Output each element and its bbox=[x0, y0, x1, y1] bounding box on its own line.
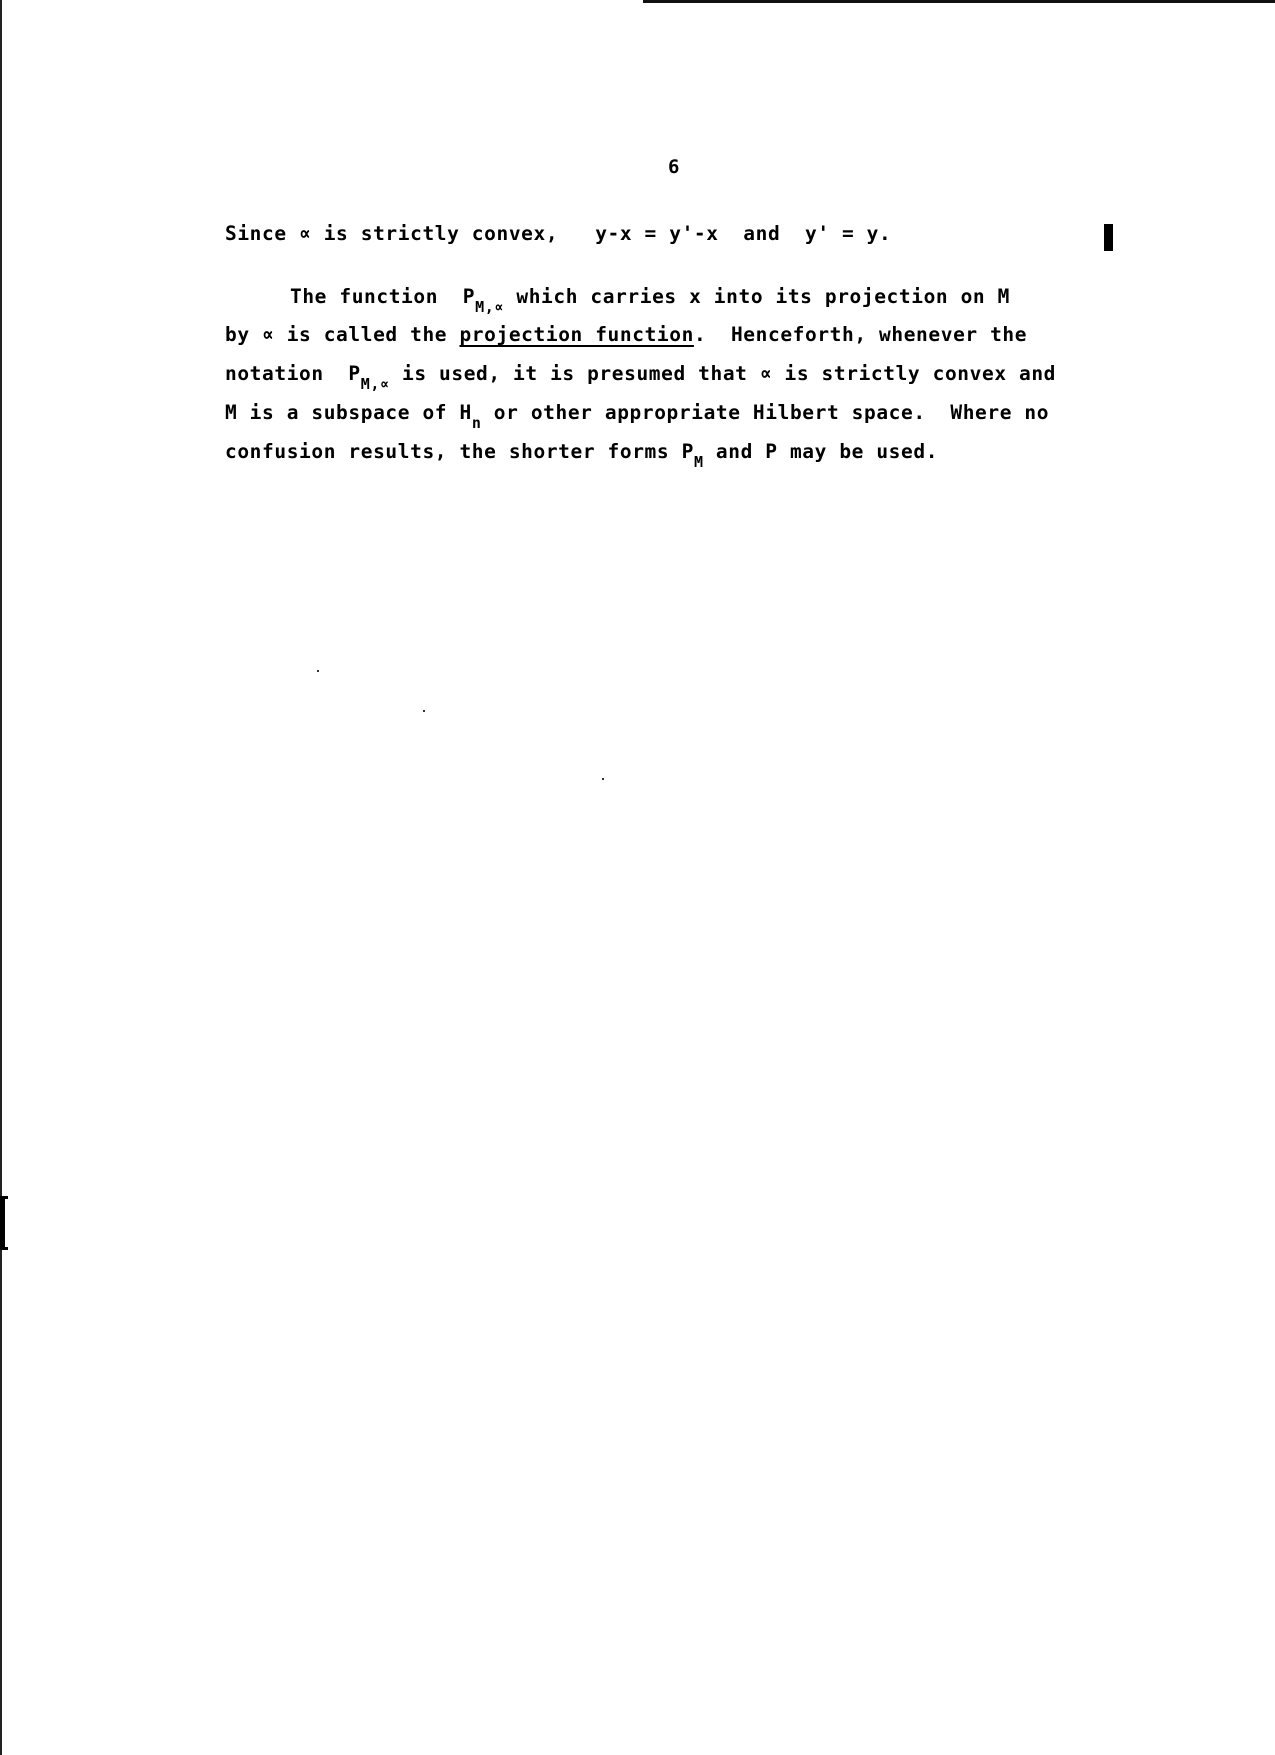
scan-edge-top bbox=[643, 0, 1275, 3]
page-number: 6 bbox=[668, 156, 679, 178]
text-span: by ∝ is called the bbox=[225, 323, 459, 346]
math-symbol: P bbox=[463, 285, 475, 308]
end-of-proof-mark bbox=[1104, 224, 1113, 251]
scan-edge-left bbox=[0, 0, 2, 1755]
text-span: confusion results, the shorter forms bbox=[225, 440, 682, 463]
text-span: The function bbox=[290, 285, 463, 308]
scan-speck bbox=[602, 778, 604, 780]
underlined-term: projection function bbox=[459, 323, 693, 346]
text-span: . Henceforth, whenever the bbox=[694, 323, 1027, 346]
margin-bracket-mark bbox=[0, 1196, 8, 1250]
math-symbol: P bbox=[682, 440, 694, 463]
scan-speck bbox=[423, 710, 425, 712]
math-subscript: M bbox=[694, 453, 704, 471]
text-line-5: M is a subspace of Hn or other appropria… bbox=[225, 401, 1049, 424]
math-subscript: n bbox=[472, 414, 482, 432]
math-subscript: M,∝ bbox=[361, 375, 390, 393]
math-subscript: M,∝ bbox=[475, 298, 504, 316]
text-span: and P may be used. bbox=[704, 440, 938, 463]
text-line-1: Since ∝ is strictly convex, y-x = y'-x a… bbox=[225, 222, 891, 245]
text-line-3: by ∝ is called the projection function. … bbox=[225, 323, 1027, 346]
text-span: notation bbox=[225, 362, 348, 385]
text-line-4: notation PM,∝ is used, it is presumed th… bbox=[225, 362, 1056, 385]
text-line-2: The function PM,∝ which carries x into i… bbox=[290, 285, 1010, 308]
text-span: M is a subspace of bbox=[225, 401, 459, 424]
text-span: Since ∝ is strictly convex, y-x = y'-x a… bbox=[225, 222, 891, 245]
text-span: is used, it is presumed that ∝ is strict… bbox=[390, 362, 1056, 385]
scan-speck bbox=[317, 670, 319, 672]
text-span: which carries x into its projection on M bbox=[504, 285, 1010, 308]
math-symbol: H bbox=[459, 401, 471, 424]
text-span: or other appropriate Hilbert space. Wher… bbox=[481, 401, 1049, 424]
text-line-6: confusion results, the shorter forms PM … bbox=[225, 440, 938, 463]
math-symbol: P bbox=[348, 362, 360, 385]
